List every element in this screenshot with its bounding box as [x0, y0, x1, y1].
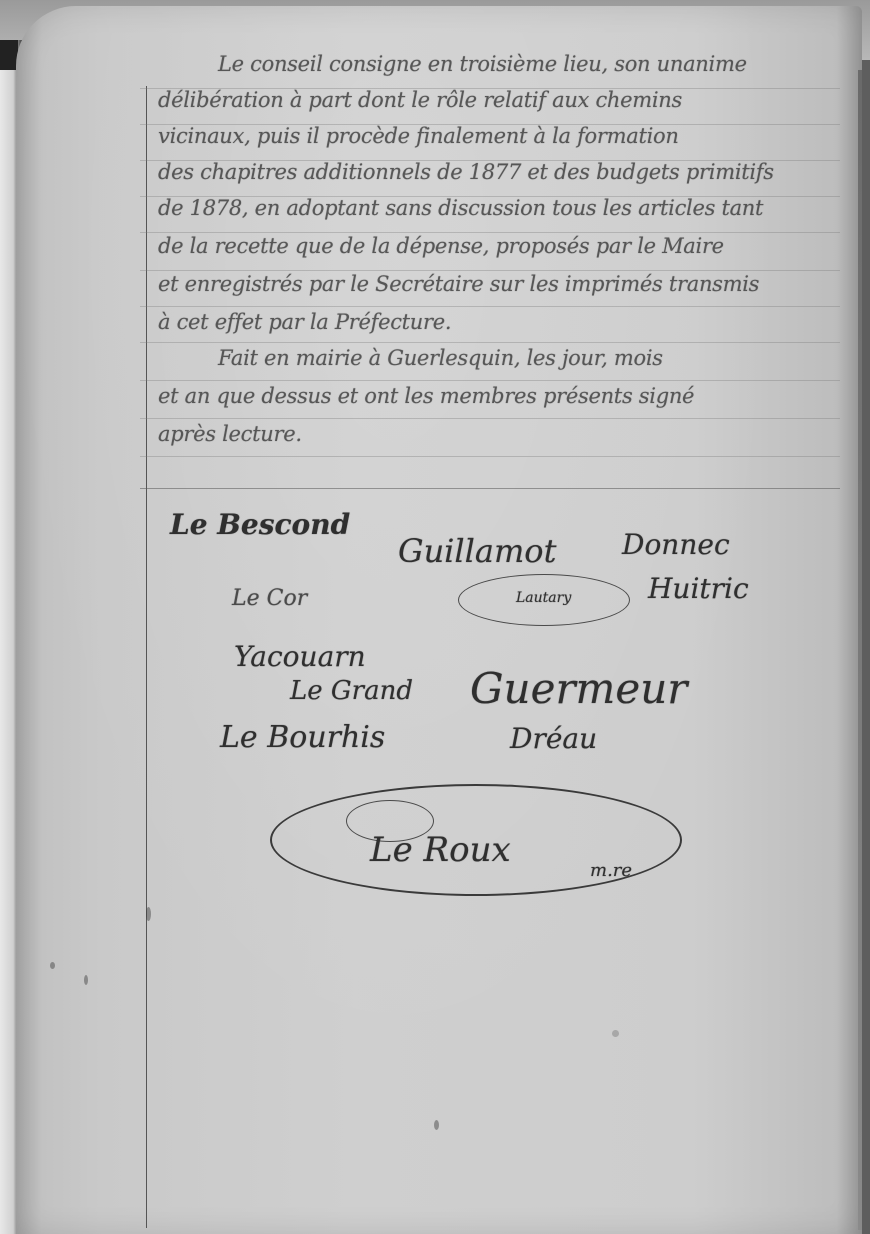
- page-edge: [858, 70, 862, 1230]
- mayor-title: m.re: [590, 860, 632, 881]
- mayor-signature: Le Roux: [370, 830, 511, 870]
- signature: Le Bescond: [170, 508, 350, 541]
- body-line: Fait en mairie à Guerlesquin, les jour, …: [158, 346, 870, 382]
- body-line: vicinaux, puis il procède finalement à l…: [158, 124, 848, 160]
- body-line: Le conseil consigne en troisième lieu, s…: [158, 52, 870, 88]
- body-line: à cet effet par la Préfecture.: [158, 310, 848, 346]
- ruled-line: [140, 232, 840, 233]
- body-line: de 1878, en adoptant sans discussion tou…: [158, 196, 848, 232]
- body-line: de la recette que de la dépense, proposé…: [158, 234, 848, 270]
- signature: Yacouarn: [234, 640, 366, 673]
- margin-rule: [146, 86, 147, 1228]
- body-line: délibération à part dont le rôle relatif…: [158, 88, 848, 124]
- signature: Guillamot: [398, 532, 556, 570]
- ink-speck: [84, 975, 88, 985]
- body-line: des chapitres additionnels de 1877 et de…: [158, 160, 848, 196]
- signature: Le Cor: [232, 586, 307, 611]
- body-line: après lecture.: [158, 422, 848, 458]
- body-line: et an que dessus et ont les membres prés…: [158, 384, 848, 420]
- signature: Guermeur: [470, 664, 687, 713]
- signature: Le Bourhis: [220, 720, 385, 755]
- ink-speck: [434, 1120, 439, 1130]
- ink-speck: [612, 1030, 619, 1037]
- body-line: et enregistrés par le Secrétaire sur les…: [158, 272, 848, 308]
- signature: Donnec: [622, 528, 730, 561]
- ruled-line: [140, 270, 840, 271]
- signature: Le Grand: [290, 676, 413, 706]
- signature: Dréau: [510, 722, 597, 755]
- signature: Lautary: [516, 590, 571, 606]
- ink-speck: [50, 962, 55, 969]
- section-divider: [140, 488, 840, 489]
- signature: Huitric: [648, 572, 749, 605]
- ink-speck: [146, 907, 151, 921]
